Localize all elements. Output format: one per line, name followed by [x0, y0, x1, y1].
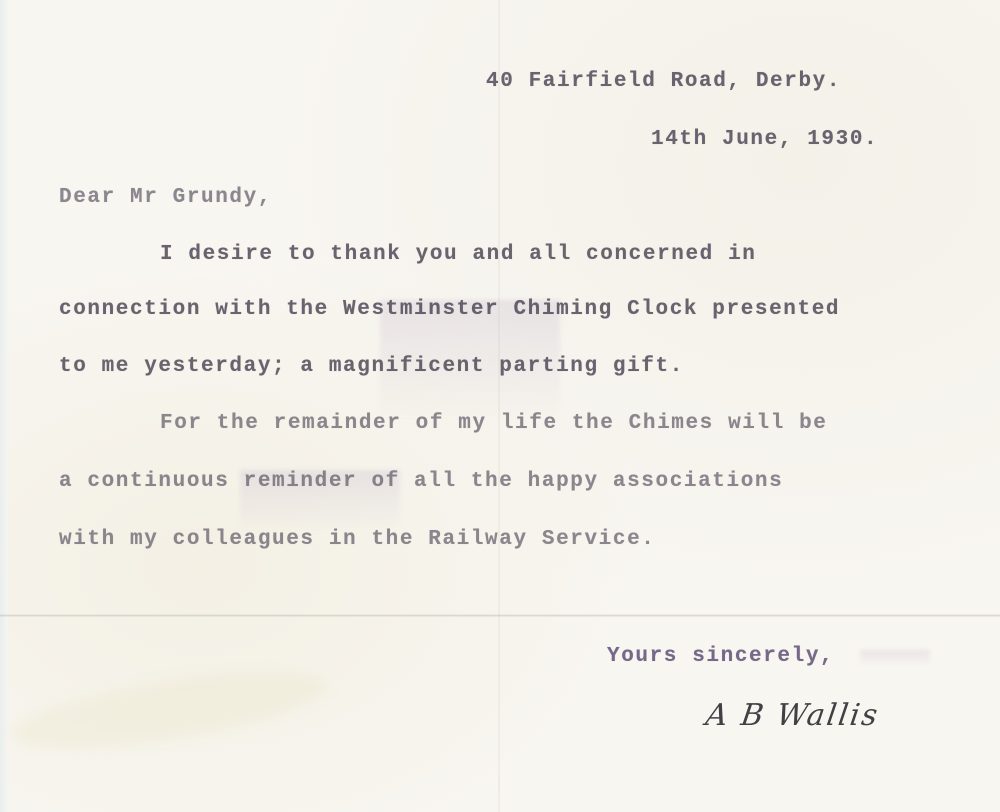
sender-address: 40 Fairfield Road, Derby.: [486, 70, 841, 93]
body-line: For the remainder of my life the Chimes …: [160, 412, 828, 435]
body-line: I desire to thank you and all concerned …: [160, 243, 757, 266]
body-line: with my colleagues in the Railway Servic…: [59, 528, 656, 551]
ink-smear: [860, 650, 930, 666]
closing: Yours sincerely,: [607, 645, 834, 668]
letter-date: 14th June, 1930.: [651, 128, 878, 151]
horizontal-fold-crease: [0, 614, 1000, 617]
body-line: a continuous reminder of all the happy a…: [59, 470, 783, 493]
body-line: connection with the Westminster Chiming …: [59, 298, 840, 321]
body-line: to me yesterday; a magnificent parting g…: [59, 355, 684, 378]
paper-edge: [0, 0, 8, 812]
handwritten-signature: A B Wallis: [704, 698, 882, 733]
salutation: Dear Mr Grundy,: [59, 186, 272, 209]
